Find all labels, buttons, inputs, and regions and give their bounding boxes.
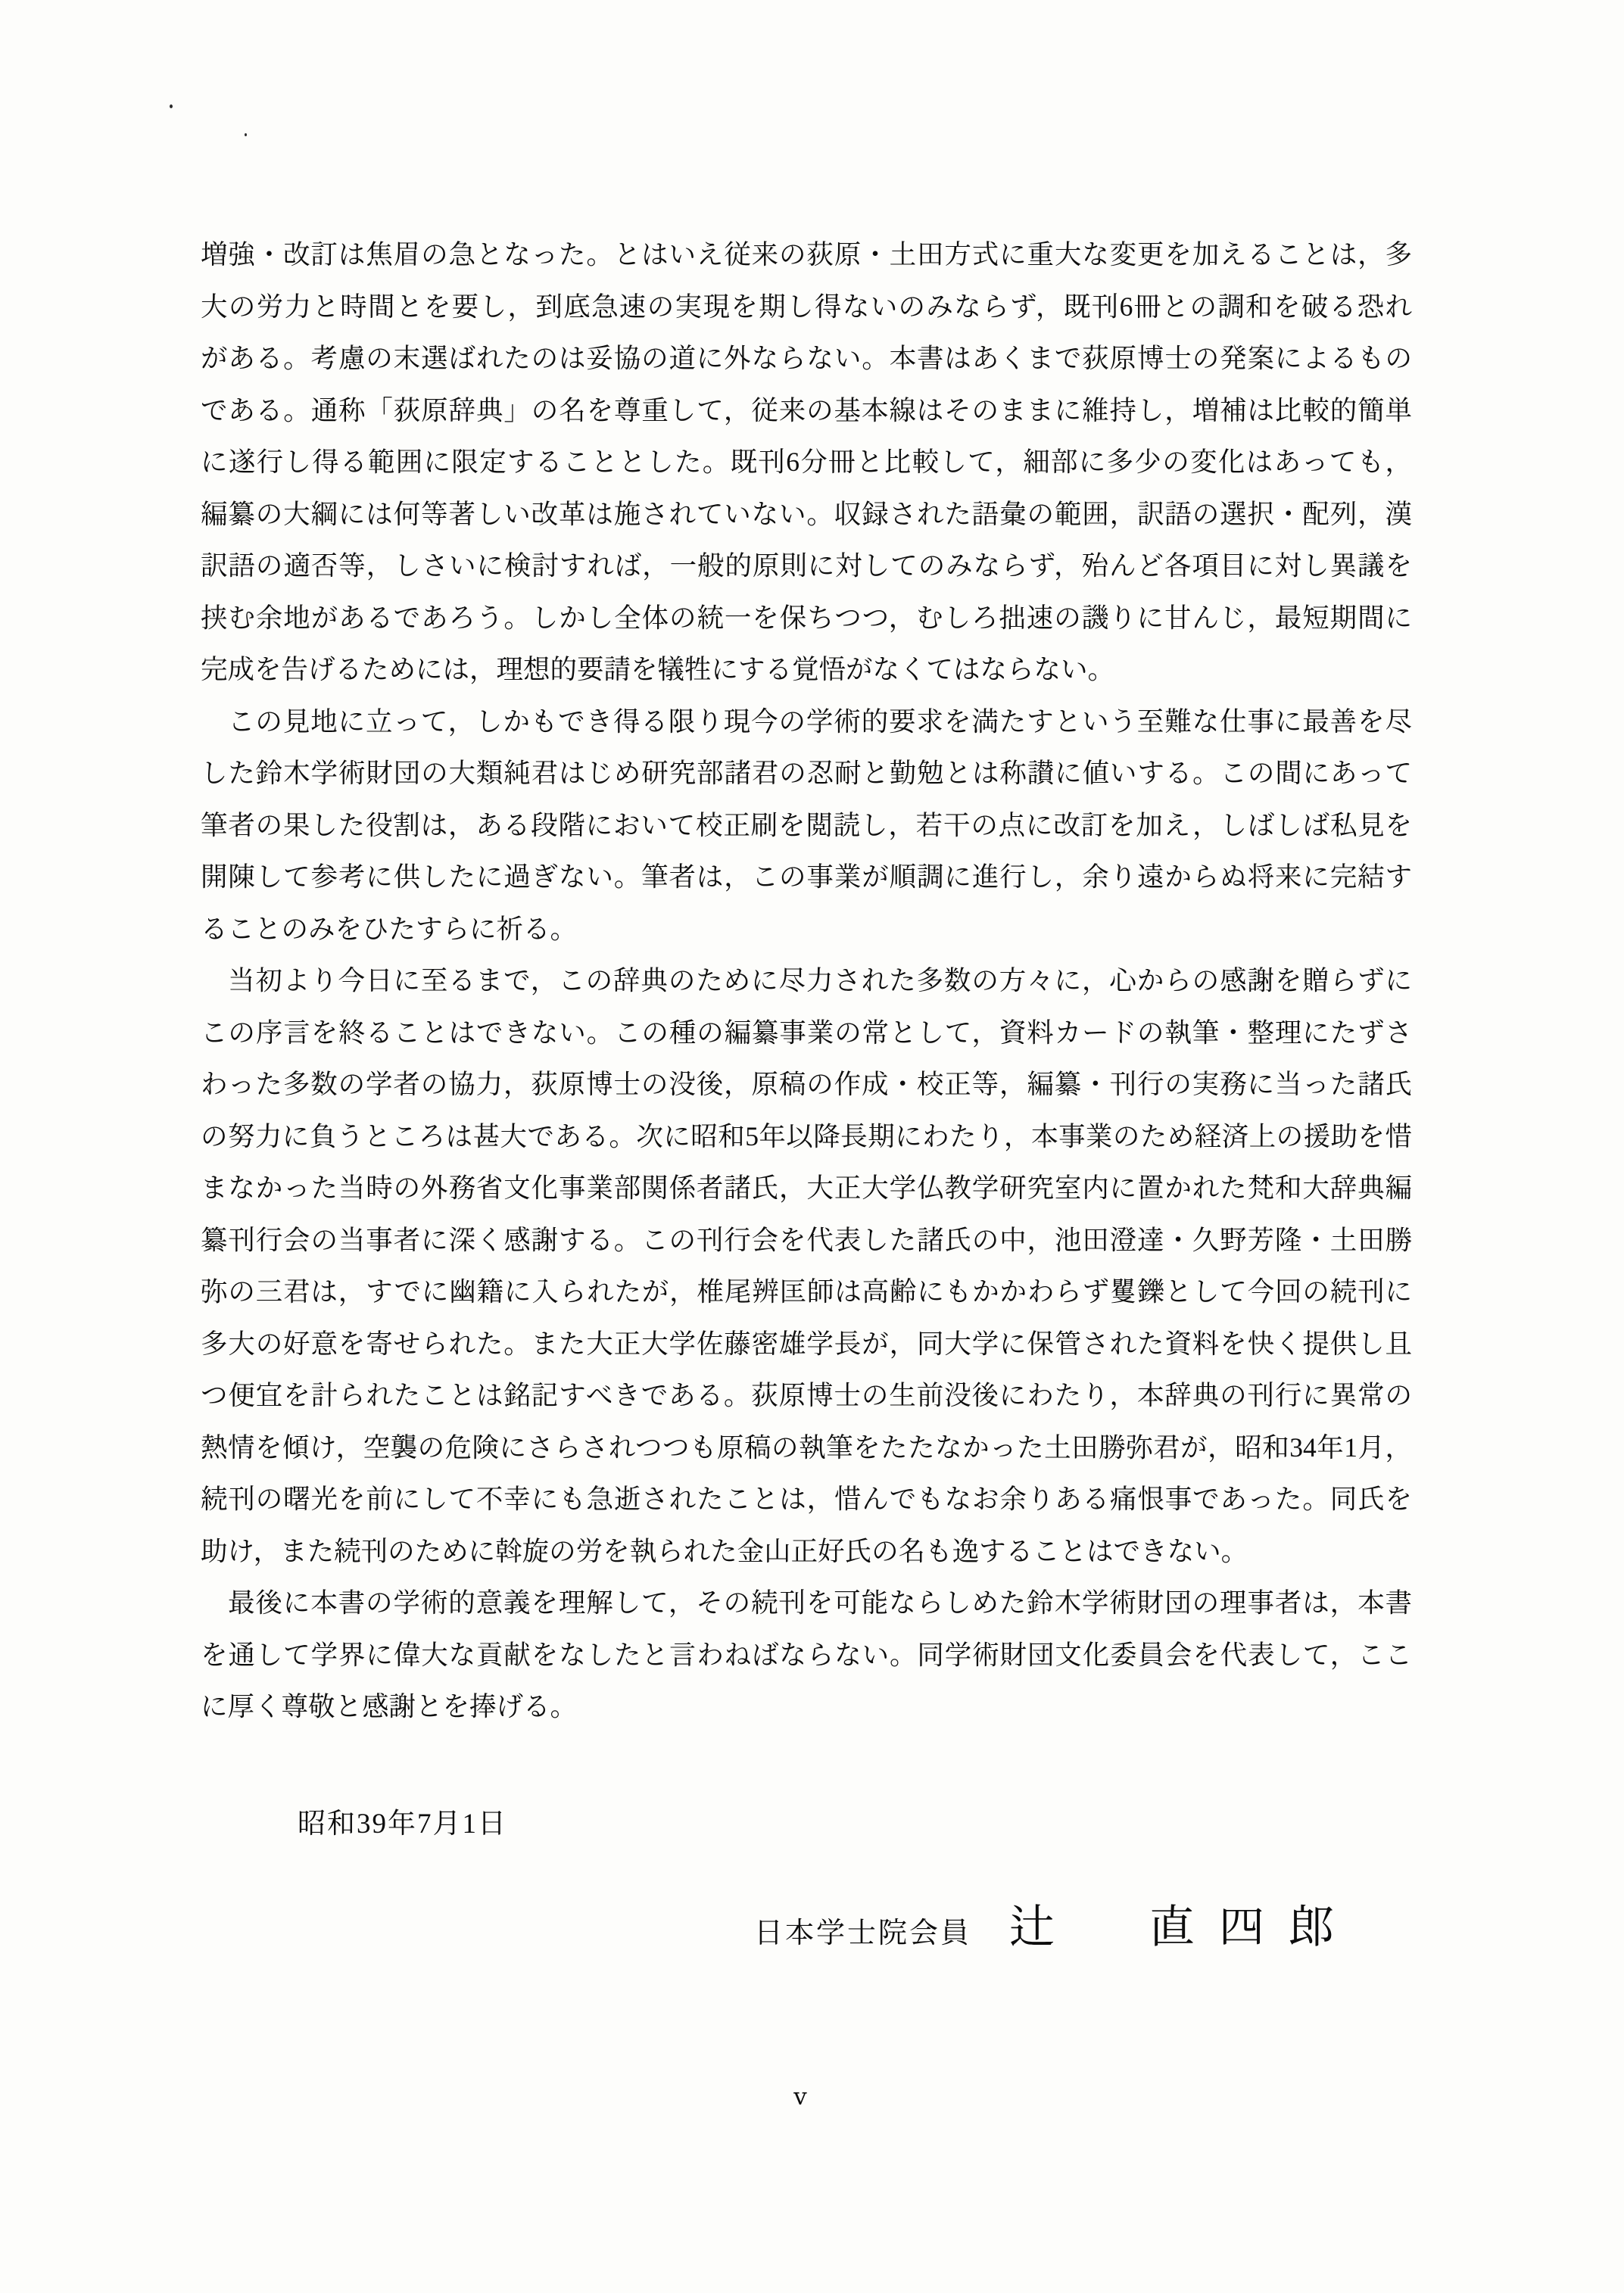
- signature-affiliation: 日本学士院会員: [754, 1909, 971, 1951]
- text-line: わった多数の学者の協力，荻原博士の没後，原稿の作成・校正等，編纂・刊行の実務に当…: [201, 1058, 1412, 1111]
- signature-surname: 辻: [1009, 1891, 1055, 1956]
- text-line: を通して学界に偉大な貢献をなしたと言わねばならない。同学術財団文化委員会を代表し…: [201, 1629, 1412, 1681]
- text-line: 熱情を傾け，空襲の危険にさらされつつも原稿の執筆をたたなかった土田勝弥君が，昭和…: [201, 1422, 1412, 1474]
- text-line: 纂刊行会の当事者に深く感謝する。この刊行会を代表した諸氏の中，池田澄達・久野芳隆…: [201, 1214, 1412, 1266]
- text-line: つ便宜を計られたことは銘記すべきである。荻原博士の生前没後にわたり，本辞典の刊行…: [201, 1369, 1412, 1422]
- text-line: 当初より今日に至るまで，この辞典のために尽力された多数の方々に，心からの感謝を贈…: [201, 955, 1412, 1007]
- text-line: 増強・改訂は焦眉の急となった。とはいえ従来の荻原・土田方式に重大な変更を加えるこ…: [201, 229, 1412, 281]
- signature-given-name: 直四郎: [1149, 1891, 1358, 1956]
- text-line: ることのみをひたすらに祈る。: [201, 903, 1412, 955]
- ink-speck: [170, 104, 173, 108]
- text-line: この序言を終ることはできない。この種の編纂事業の常として，資料カードの執筆・整理…: [201, 1007, 1412, 1059]
- text-line: 続刊の曙光を前にして不幸にも急逝されたことは，惜んでもなお余りある痛恨事であった…: [201, 1473, 1412, 1525]
- text-line: がある。考慮の末選ばれたのは妥協の道に外ならない。本書はあくまで荻原博士の発案に…: [201, 332, 1412, 385]
- text-line: した鈴木学術財団の大類純君はじめ研究部諸君の忍耐と勤勉とは称讃に値いする。この間…: [201, 747, 1412, 799]
- text-line: まなかった当時の外務省文化事業部関係者諸氏，大正大学仏教学研究室内に置かれた梵和…: [201, 1162, 1412, 1214]
- text-line: 編纂の大綱には何等著しい改革は施されていない。収録された語彙の範囲，訳語の選択・…: [201, 488, 1412, 541]
- text-line: 開陳して参考に供したに過ぎない。筆者は，この事業が順調に進行し，余り遠からぬ将来…: [201, 851, 1412, 903]
- text-line: の努力に負うところは甚大である。次に昭和5年以降長期にわたり，本事業のため経済上…: [201, 1111, 1412, 1163]
- text-line: 最後に本書の学術的意義を理解して，その続刊を可能ならしめた鈴木学術財団の理事者は…: [201, 1577, 1412, 1629]
- body-text: 増強・改訂は焦眉の急となった。とはいえ従来の荻原・土田方式に重大な変更を加えるこ…: [201, 229, 1412, 1733]
- page-number: v: [774, 2083, 827, 2111]
- date-line: 昭和39年7月1日: [298, 1800, 507, 1841]
- text-line: 大の労力と時間とを要し，到底急速の実現を期し得ないのみならず，既刊6冊との調和を…: [201, 281, 1412, 333]
- scanned-document-page: 増強・改訂は焦眉の急となった。とはいえ従来の荻原・土田方式に重大な変更を加えるこ…: [0, 0, 1624, 2293]
- text-line: に遂行し得る範囲に限定することとした。既刊6分冊と比較して，細部に多少の変化はあ…: [201, 436, 1412, 488]
- text-line: である。通称「荻原辞典」の名を尊重して，従来の基本線はそのままに維持し，増補は比…: [201, 385, 1412, 437]
- text-line: 多大の好意を寄せられた。また大正大学佐藤密雄学長が，同大学に保管された資料を快く…: [201, 1318, 1412, 1370]
- text-line: に厚く尊敬と感謝とを捧げる。: [201, 1681, 1412, 1733]
- text-line: 助け，また続刊のために斡旋の労を執られた金山正好氏の名も逸することはできない。: [201, 1525, 1412, 1578]
- text-line: 訳語の適否等，しさいに検討すれば，一般的原則に対してのみならず，殆んど各項目に対…: [201, 540, 1412, 592]
- text-line: 筆者の果した役割は，ある段階において校正刷を閲読し，若干の点に改訂を加え，しばし…: [201, 799, 1412, 852]
- text-line: 弥の三君は，すでに幽籍に入られたが，椎尾辨匡師は高齢にもかかわらず矍鑠として今回…: [201, 1266, 1412, 1318]
- text-line: 挟む余地があるであろう。しかし全体の統一を保ちつつ，むしろ拙速の譏りに甘んじ，最…: [201, 592, 1412, 644]
- signature-line: 日本学士院会員 辻 直四郎: [754, 1891, 1358, 1956]
- ink-speck: [245, 133, 247, 136]
- text-line: この見地に立って，しかもでき得る限り現今の学術的要求を満たすという至難な仕事に最…: [201, 696, 1412, 748]
- text-line: 完成を告げるためには，理想的要請を犠牲にする覚悟がなくてはならない。: [201, 643, 1412, 696]
